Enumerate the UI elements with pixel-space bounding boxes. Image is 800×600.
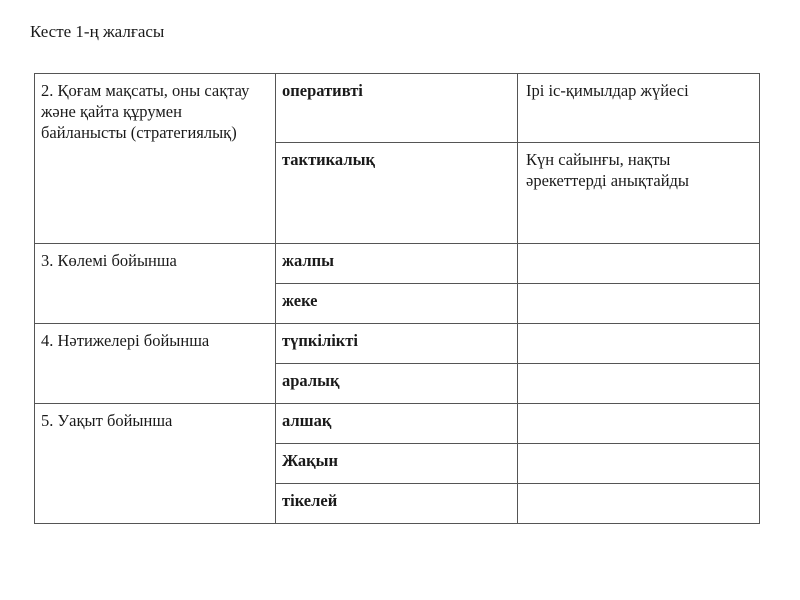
description-cell: [518, 324, 760, 364]
type-cell: Жақын: [276, 444, 518, 484]
type-cell: жеке: [276, 284, 518, 324]
description-cell: [518, 444, 760, 484]
type-cell: алшақ: [276, 404, 518, 444]
description-cell: Күн сайынғы, нақты әрекеттерді анықтайды: [518, 143, 760, 244]
table-row: 3. Көлемі бойынша жалпы: [35, 244, 760, 284]
type-cell: жалпы: [276, 244, 518, 284]
table-row: 4. Нәтижелері бойынша түпкілікті: [35, 324, 760, 364]
type-cell: аралық: [276, 364, 518, 404]
type-cell: оперативті: [276, 74, 518, 143]
type-cell: тікелей: [276, 484, 518, 524]
description-cell: [518, 244, 760, 284]
table-row: 5. Уақыт бойынша алшақ: [35, 404, 760, 444]
classification-table: 2. Қоғам мақсаты, оны сақтау және қайта …: [34, 73, 760, 524]
description-cell: Ірі іс-қимылдар жүйесі: [518, 74, 760, 143]
type-cell: түпкілікті: [276, 324, 518, 364]
category-cell: 5. Уақыт бойынша: [35, 404, 276, 524]
category-cell: 3. Көлемі бойынша: [35, 244, 276, 324]
category-cell: 2. Қоғам мақсаты, оны сақтау және қайта …: [35, 74, 276, 244]
table-row: 2. Қоғам мақсаты, оны сақтау және қайта …: [35, 74, 760, 143]
description-cell: [518, 404, 760, 444]
description-cell: [518, 284, 760, 324]
type-cell: тактикалық: [276, 143, 518, 244]
table-caption: Кесте 1-ң жалғасы: [30, 22, 164, 42]
category-cell: 4. Нәтижелері бойынша: [35, 324, 276, 404]
description-cell: [518, 484, 760, 524]
description-cell: [518, 364, 760, 404]
